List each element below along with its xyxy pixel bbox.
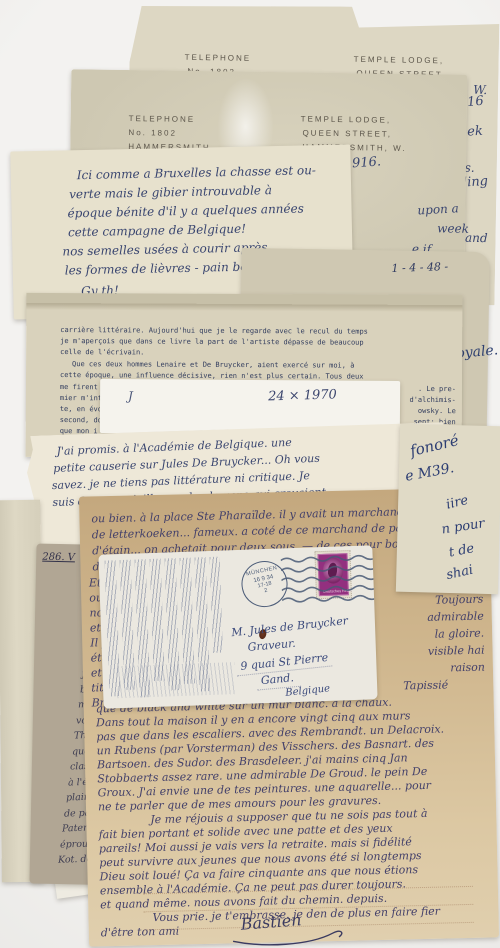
date-annotation: 1 - 4 - 48 - [391, 260, 448, 275]
typed-row-left: te, en évo [60, 405, 102, 413]
annotation-year: 916. [352, 154, 382, 171]
note-line: époque bénite d'il y a quelques années [67, 201, 304, 220]
scrap-fragment: fonoré [408, 431, 460, 460]
scrap-fragment: t de [448, 541, 476, 560]
annotation-and: and [465, 231, 488, 245]
address-city: Gand. [260, 671, 294, 687]
postcard: MÜNCHEN 16 9 34 17-18 2 Deutsches Reich [98, 545, 377, 708]
scrap-fragment: iire [445, 493, 470, 513]
photo-stage: TELEPHONE No. 1802 TEMPLE LODGE, QUEEN S… [0, 0, 500, 948]
slip-dimensions: 24 × 1970 [268, 387, 337, 404]
scrap-fragment: e M39. [404, 460, 455, 485]
gray-heading: 286. V [42, 552, 75, 564]
address-name: M. Jules de Bruycker [231, 614, 349, 639]
typed-line: Que ces deux hommes Lenaire et De Bruyck… [72, 360, 354, 369]
brown-split-right: Tapissié [403, 678, 448, 692]
typed-line: je m'aperçois que dans ce livre la part … [60, 337, 363, 347]
typed-row-right: d'alchimis- [409, 396, 455, 404]
note-line: nos semelles usées à courir après [62, 240, 267, 258]
street-label: QUEEN STREET, [302, 128, 392, 138]
brown-line: d'être ton ami [101, 925, 180, 940]
note-line: verte mais le gibier introuvable à [69, 183, 272, 201]
scrap-fragment: n pour [441, 516, 486, 537]
brown-right-fragment: la gloire. [382, 627, 484, 642]
signature-flourish [229, 927, 349, 948]
typed-row-right: owsky. Le [418, 407, 456, 415]
brown-right-fragment: raison [383, 661, 485, 676]
telephone-number: No. 1802 [128, 128, 177, 138]
typed-line: celle de l'écrivain. [60, 348, 144, 356]
address-title: Graveur. [247, 637, 296, 654]
lodge-label: TEMPLE LODGE, [301, 114, 392, 124]
brown-right-fragment: Toujours [381, 593, 483, 608]
letter-right-scrap: fonoré e M39. iire n pour t de shai [396, 424, 500, 595]
gray-fragment: Pater [62, 823, 88, 835]
slip-mark: J [128, 389, 133, 403]
note-line: Ici comme a Bruxelles la chasse est ou- [77, 163, 316, 182]
note-line: cette campagne de Belgique! [68, 222, 246, 240]
postcard-message-script [150, 559, 165, 681]
typed-row-left: mier m'int [60, 394, 102, 402]
brown-right-fragment: visible hai [382, 644, 484, 659]
postcard-message-script [210, 557, 223, 653]
scrap-fragment: shai [445, 563, 475, 583]
cancellation-lines [281, 553, 375, 608]
telephone-label: TELEPHONE [185, 53, 252, 63]
lodge-label: TEMPLE LODGE, [354, 55, 445, 66]
telephone-label: TELEPHONE [129, 114, 196, 124]
postcard-bleed-marks [116, 662, 235, 698]
brown-right-fragment: admirable [382, 610, 484, 625]
typed-line: carrière littéraire. Aujourd'hui que je … [60, 326, 368, 336]
annotation-upon: upon a [417, 201, 459, 217]
typed-row-left: second, do [60, 416, 102, 424]
typed-row-right: . Le pre- [418, 385, 456, 393]
typed-row-left: me firent [60, 383, 98, 391]
